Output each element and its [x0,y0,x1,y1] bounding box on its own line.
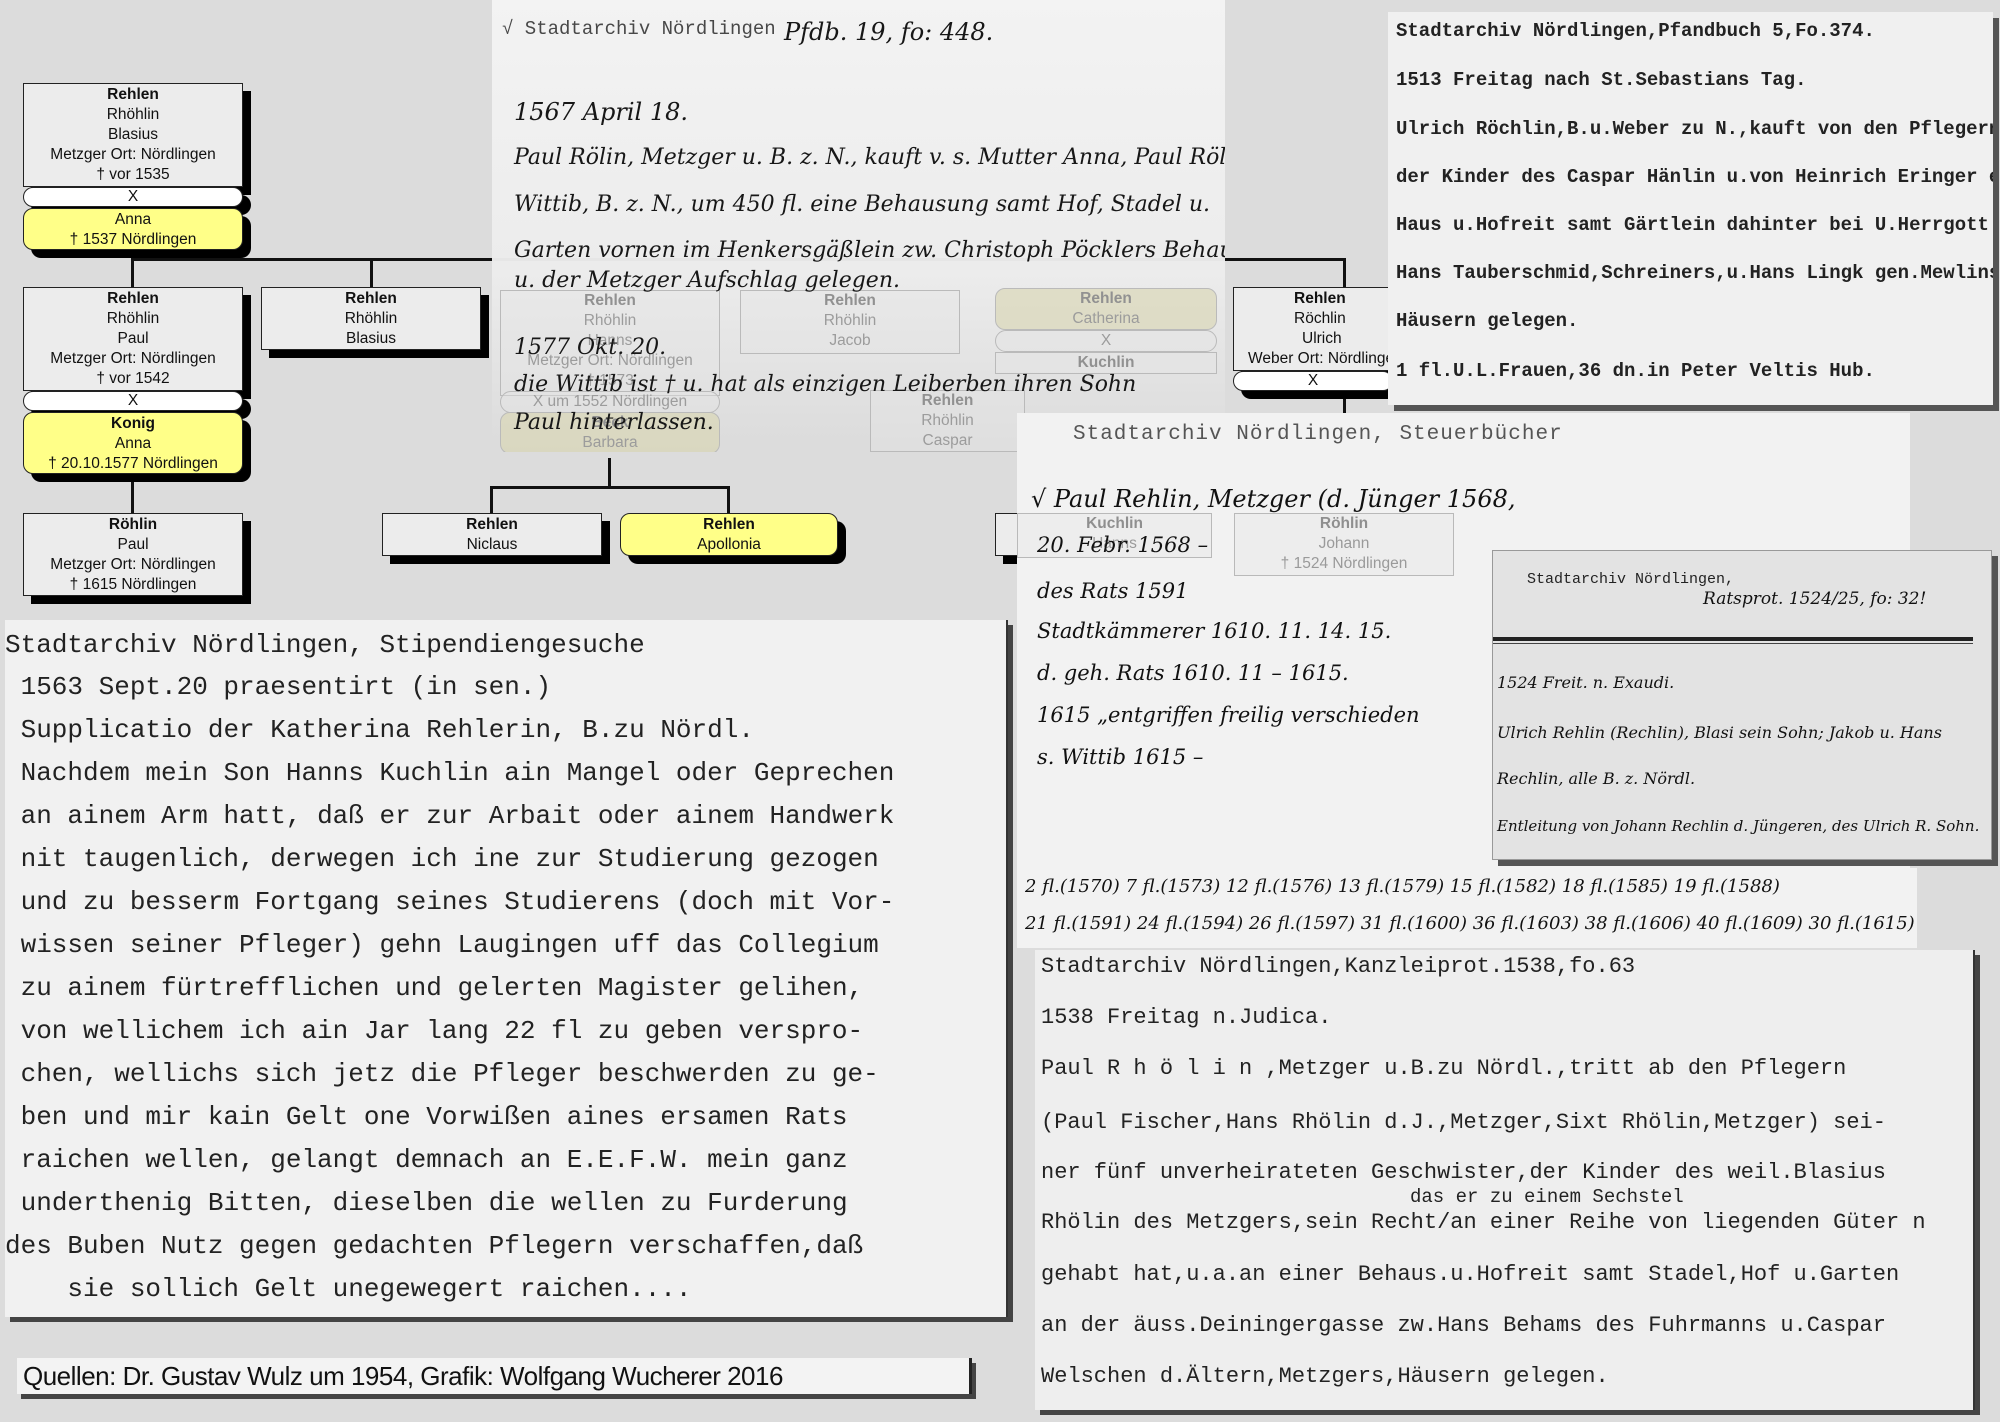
person-anna-sr[interactable]: Anna † 1537 Nördlingen [23,208,243,250]
document-line: ben und mir kain Gelt one Vorwißen aines… [5,1102,848,1132]
document-line: wissen seiner Pfleger) gehn Laugingen uf… [5,930,879,960]
document-line: √ Paul Rehlin, Metzger (d. Jünger 1568, [1031,485,1516,513]
occupation: Metzger Ort: Nördlingen [24,145,242,165]
document-line: Entleitung von Johann Rechlin d. Jüngere… [1497,817,1979,835]
tree-line [131,470,134,513]
death: † vor 1542 [24,369,242,389]
ghost-person-catherina: RehlenCatherina [995,288,1217,330]
document-line: und zu besserm Fortgang seines Studieren… [5,887,894,917]
surname: Rehlen [24,85,242,105]
death: † 20.10.1577 Nördlingen [24,454,242,474]
document-line: Häusern gelegen. [1396,310,1578,332]
surname: Rehlen [24,289,242,309]
tree-line [131,250,134,287]
tax-amounts-row-2: 21 fl.(1591) 24 fl.(1594) 26 fl.(1597) 3… [1025,913,1915,934]
person-anna-konig[interactable]: Konig Anna † 20.10.1577 Nördlingen [23,412,243,474]
tree-line [1343,258,1346,287]
document-line: Paul Rölin, Metzger u. B. z. N., kauft v… [514,145,1225,170]
ghost-marriage-catherina: X [995,330,1217,352]
given-name: Blasius [262,329,480,349]
document-line: Garten vornen im Henkersgäßlein zw. Chri… [514,238,1225,263]
given-name: Anna [24,210,242,230]
document-line: Wittib, B. z. N., um 450 fl. eine Behaus… [514,192,1210,217]
document-line: Hans Tauberschmid,Schreiners,u.Hans Ling… [1396,262,1993,284]
document-reference: Pfdb. 19, fo: 448. [784,18,993,46]
given-name: Apollonia [621,535,837,555]
given-name: Ulrich [1264,329,1392,349]
surname: Rehlen [383,515,601,535]
given-name: Paul [24,329,242,349]
death: † 1537 Nördlingen [24,230,242,250]
document-line: Ulrich Röchlin,B.u.Weber zu N.,kauft von… [1396,118,1993,140]
tree-line [490,486,730,489]
tree-line [1343,395,1346,415]
alias: Röchlin [1264,309,1392,329]
document-line: Rechlin, alle B. z. Nördl. [1497,769,1695,788]
occupation: Metzger Ort: Nördlingen [24,555,242,575]
alias: Rhöhlin [262,309,480,329]
source-credit: Quellen: Dr. Gustav Wulz um 1954, Grafik… [17,1358,972,1394]
death: † vor 1535 [24,165,242,185]
document-line: 1538 Freitag n.Judica. [1041,1005,1331,1030]
ghost-person-johann: RöhlinJohann† 1524 Nördlingen [1234,513,1454,576]
surname: Rehlen [1264,289,1392,309]
document-stipendiengesuche: Stadtarchiv Nördlingen, Stipendiengesuch… [5,620,1008,1317]
document-line: die Wittib ist † u. hat als einzigen Lei… [514,372,1136,397]
document-line: zu ainem fürtrefflichen und gelerten Mag… [5,973,863,1003]
alias: Rhöhlin [24,309,242,329]
document-line: 1577 Okt. 20. [514,335,666,360]
tree-line [490,486,493,513]
person-niclaus[interactable]: Rehlen Niclaus [382,513,602,556]
person-blasius-rehlen-sr[interactable]: Rehlen Rhöhlin Blasius Metzger Ort: Nörd… [23,83,243,187]
document-line: Stadtarchiv Nördlingen,Pfandbuch 5,Fo.37… [1396,20,1875,42]
death: † 1615 Nördlingen [24,575,242,595]
document-line: von wellichem ich ain Jar lang 22 fl zu … [5,1016,863,1046]
ghost-person-caspar: RehlenRhöhlinCaspar [870,390,1025,452]
document-line: chen, wellichs sich jetz die Pfleger bes… [5,1059,879,1089]
document-line: Paul R h ö l i n ,Metzger u.B.zu Nördl.,… [1041,1056,1846,1081]
document-line: des Buben Nutz gegen gedachten Pflegern … [5,1231,863,1261]
document-line: Stadtkämmerer 1610. 11. 14. 15. [1037,619,1391,643]
person-apollonia[interactable]: Rehlen Apollonia [620,513,838,556]
document-line: d. geh. Rats 1610. 11 – 1615. [1037,661,1349,685]
divider [1493,637,1973,641]
document-line: Supplicatio der Katherina Rehlerin, B.zu… [5,715,754,745]
document-line: 1513 Freitag nach St.Sebastians Tag. [1396,69,1806,91]
document-line: Rhölin des Metzgers,sein Recht/an einer … [1041,1210,1926,1235]
surname: Rehlen [262,289,480,309]
document-line: 20. Febr. 1568 – [1037,533,1208,557]
marriage-marker: X [23,391,243,411]
document-line: 1 fl.U.L.Frauen,36 dn.in Peter Veltis Hu… [1396,360,1875,382]
document-pfandbuch-19: RehlenRhöhlinHannsMetzger Ort: Nördlinge… [492,0,1225,452]
given-name: Blasius [24,125,242,145]
tree-line [608,458,611,488]
document-line: underthenig Bitten, dieselben die wellen… [5,1188,848,1218]
document-line: 1524 Freit. n. Exaudi. [1497,673,1674,692]
document-line: gehabt hat,u.a.an einer Behaus.u.Hofreit… [1041,1262,1899,1287]
document-line: der Kinder des Caspar Hänlin u.von Heinr… [1396,166,1993,188]
document-line: raichen wellen, gelangt demnach an E.E.F… [5,1145,848,1175]
document-line: Stadtarchiv Nördlingen, Stipendiengesuch… [5,630,645,660]
person-paul-roehlin[interactable]: Röhlin Paul Metzger Ort: Nördlingen † 16… [23,513,243,596]
document-line: nit taugenlich, derwegen ich ine zur Stu… [5,844,879,874]
person-paul-rehlen[interactable]: Rehlen Rhöhlin Paul Metzger Ort: Nördlin… [23,287,243,391]
document-header: Stadtarchiv Nördlingen, [1527,571,1734,588]
document-line: (Paul Fischer,Hans Rhölin d.J.,Metzger,S… [1041,1110,1886,1135]
tax-amounts-strip: 2 fl.(1570) 7 fl.(1573) 12 fl.(1576) 13 … [1017,868,1917,948]
document-line: Stadtarchiv Nördlingen,Kanzleiprot.1538,… [1041,954,1635,979]
alias: Rhöhlin [24,105,242,125]
document-line: s. Wittib 1615 – [1037,745,1203,769]
document-line: Welschen d.Ältern,Metzgers,Häusern geleg… [1041,1364,1609,1389]
document-insert: das er zu einem Sechstel [1410,1186,1684,1208]
occupation: Metzger Ort: Nördlingen [24,349,242,369]
tree-line [727,486,730,513]
document-line: Ulrich Rehlin (Rechlin), Blasi sein Sohn… [1497,723,1942,742]
surname: Rehlen [621,515,837,535]
document-line: des Rats 1591 [1037,579,1188,603]
document-line: 1615 „entgriffen freilig verschieden [1037,703,1420,727]
person-ulrich-rehlen[interactable]: Rehlen Röchlin Ulrich Weber Ort: Nördlin… [1233,287,1393,371]
document-header: √ Stadtarchiv Nördlingen [502,18,776,40]
tree-line [370,258,373,287]
document-line: Haus u.Hofreit samt Gärtlein dahinter be… [1396,214,1993,236]
document-line: 1567 April 18. [514,98,688,126]
given-name: Anna [24,434,242,454]
given-name: Niclaus [383,535,601,555]
document-line: 1563 Sept.20 praesentirt (in sen.) [5,672,551,702]
divider [1493,643,1973,644]
marriage-marker: X [23,187,243,207]
document-line: an ainem Arm hatt, daß er zur Arbait ode… [5,801,894,831]
document-ratsprot: Stadtarchiv Nördlingen, Ratsprot. 1524/2… [1492,550,1992,860]
surname: Röhlin [24,515,242,535]
marriage-marker: X [1233,371,1393,391]
document-line: an der äuss.Deiningergasse zw.Hans Beham… [1041,1313,1886,1338]
tax-amounts-row-1: 2 fl.(1570) 7 fl.(1573) 12 fl.(1576) 13 … [1025,876,1780,897]
document-reference: Ratsprot. 1524/25, fo: 32! [1703,589,1926,609]
document-kanzleiprot: Stadtarchiv Nördlingen,Kanzleiprot.1538,… [1035,950,1975,1410]
given-name: Paul [24,535,242,555]
surname: Konig [24,414,242,434]
ghost-person-jacob: RehlenRhöhlinJacob [740,290,960,354]
document-line: sie sollich Gelt unegewegert raichen.... [5,1274,692,1304]
document-header: Stadtarchiv Nördlingen, Steuerbücher [1073,423,1563,446]
occupation: Weber Ort: Nördlingen [1248,349,1392,369]
person-blasius-rehlen-jr[interactable]: Rehlen Rhöhlin Blasius [261,287,481,350]
document-line: u. der Metzger Aufschlag gelegen. [514,268,900,293]
document-line: ner fünf unverheirateten Geschwister,der… [1041,1160,1886,1185]
document-line: Nachdem mein Son Hanns Kuchlin ain Mange… [5,758,894,788]
document-pfandbuch-5: Stadtarchiv Nördlingen,Pfandbuch 5,Fo.37… [1388,12,1993,405]
ghost-person-kuchlin: Kuchlin [995,352,1217,374]
document-line: Paul hinterlassen. [514,410,714,435]
